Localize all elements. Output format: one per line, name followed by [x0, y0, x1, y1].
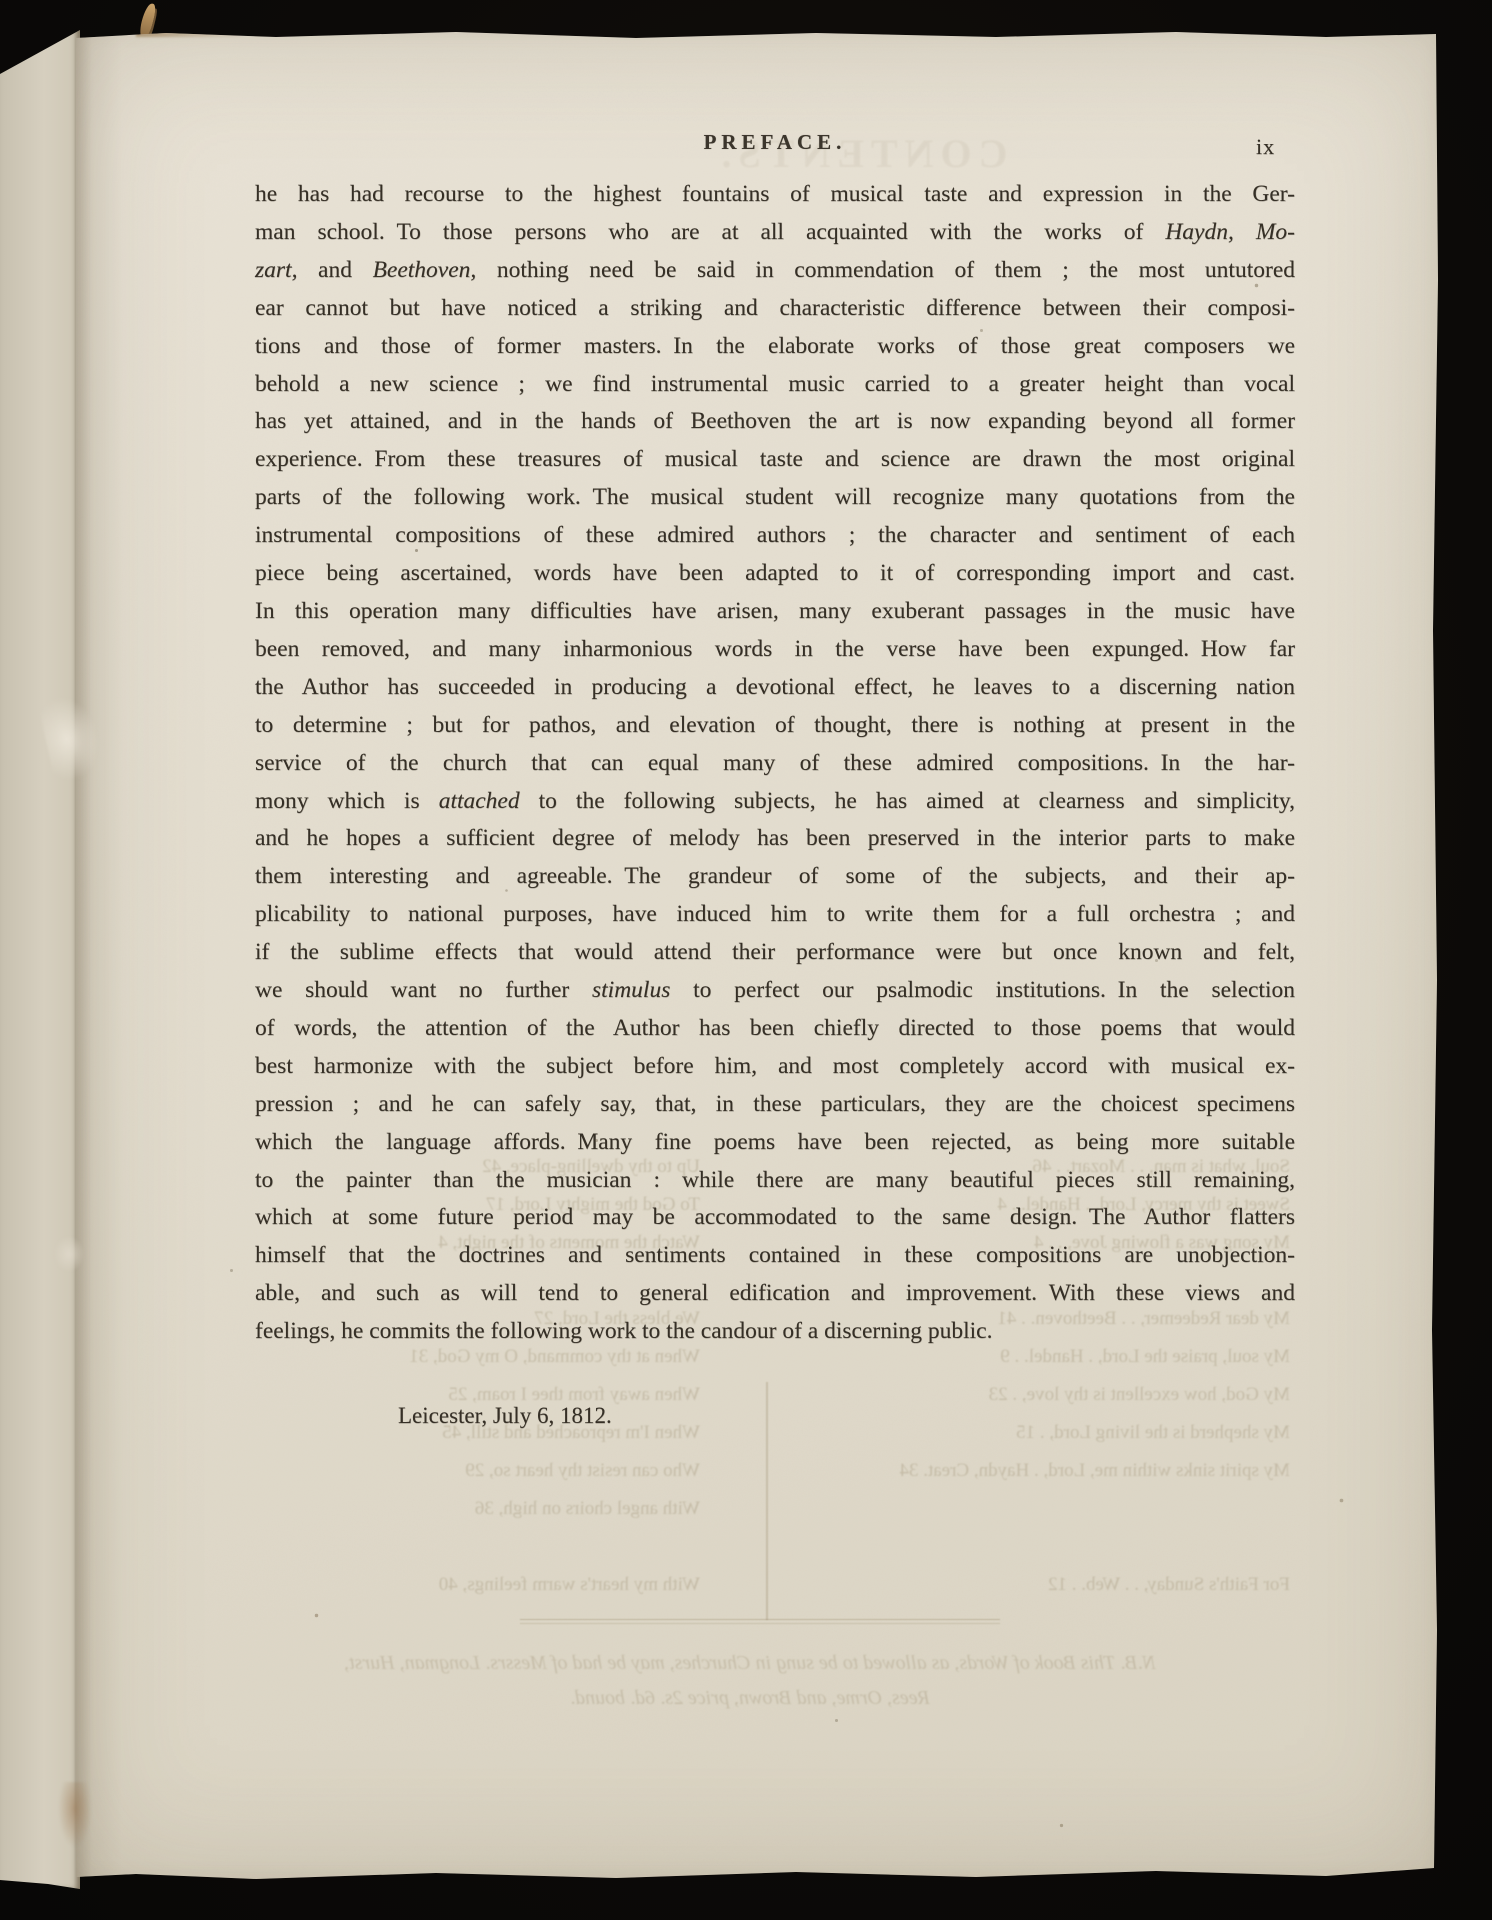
- body-segment-italic: attached: [439, 788, 520, 814]
- body-segment: instrumental compositions of these admir…: [255, 522, 1295, 548]
- body-line: the Author has succeeded in producing a …: [255, 669, 1295, 707]
- body-segment: to the following subjects, he has aimed …: [520, 788, 1295, 814]
- body-segment: feelings, he commits the following work …: [255, 1318, 992, 1344]
- body-segment: best harmonize with the subject before h…: [255, 1053, 1295, 1079]
- body-line: behold a new science ; we find instrumen…: [255, 366, 1295, 404]
- showthrough-entry-left: My shepherd is the living Lord, . 15: [700, 1414, 1290, 1452]
- left-page-edge: [0, 30, 80, 1889]
- body-segment: plicability to national purposes, have i…: [255, 901, 1295, 927]
- body-segment: mony which is: [255, 788, 439, 814]
- preface-body: he has had recourse to the highest fount…: [255, 176, 1295, 1351]
- body-segment: behold a new science ; we find instrumen…: [255, 371, 1295, 397]
- body-line: man school. To those persons who are at …: [255, 214, 1295, 252]
- showthrough-imprint-note: N.B. This Book of Words, as allowed to b…: [320, 1646, 1180, 1716]
- showthrough-entry-left: [700, 1528, 1290, 1566]
- body-line: tions and those of former masters. In th…: [255, 328, 1295, 366]
- showthrough-entry-left: For Faith's Sunday, . . Web. . 12: [700, 1566, 1290, 1604]
- page-number: ix: [1256, 134, 1275, 160]
- left-edge-nick: [54, 1236, 84, 1272]
- body-line: he has had recourse to the highest fount…: [255, 176, 1295, 214]
- showthrough-row: For Faith's Sunday, . . Web. . 12With my…: [250, 1566, 1290, 1604]
- body-line: best harmonize with the subject before h…: [255, 1048, 1295, 1086]
- showthrough-entry-right: [250, 1528, 700, 1566]
- showthrough-entry-right: With my heart's warm feelings, 40: [250, 1566, 700, 1604]
- body-line: piece being ascertained, words have been…: [255, 555, 1295, 593]
- body-segment: nothing need be said in commendation of …: [476, 257, 1295, 283]
- body-line: feelings, he commits the following work …: [255, 1313, 1295, 1351]
- body-segment: man school. To those persons who are at …: [255, 219, 1165, 245]
- body-segment: which at some future period may be accom…: [255, 1204, 1295, 1230]
- showthrough-column-rule: [766, 1382, 768, 1620]
- body-segment: piece being ascertained, words have been…: [255, 560, 1295, 586]
- body-segment: to determine ; but for pathos, and eleva…: [255, 712, 1295, 738]
- showthrough-entry-left: My spirit sinks within me, Lord, . Haydn…: [700, 1452, 1290, 1490]
- body-segment-italic: zart,: [255, 257, 297, 283]
- body-line: service of the church that can equal man…: [255, 745, 1295, 783]
- body-line: In this operation many difficulties have…: [255, 593, 1295, 631]
- body-segment: parts of the following work. The musical…: [255, 484, 1295, 510]
- body-segment: service of the church that can equal man…: [255, 750, 1295, 776]
- body-segment: the Author has succeeded in producing a …: [255, 674, 1295, 700]
- body-segment: himself that the doctrines and sentiment…: [255, 1242, 1295, 1268]
- body-line: parts of the following work. The musical…: [255, 479, 1295, 517]
- body-segment: and: [297, 257, 372, 283]
- showthrough-row: [250, 1528, 1290, 1566]
- showthrough-imprint-line: Rees, Orme, and Brown, price 2s. 6d. bou…: [320, 1681, 1180, 1716]
- showthrough-entry-right: With angel choirs on high, 36: [250, 1490, 700, 1528]
- body-segment: and he hopes a sufficient degree of melo…: [255, 825, 1295, 851]
- body-line: them interesting and agreeable. The gran…: [255, 858, 1295, 896]
- photo-background: CONTENTS. Soul, what is man, . . Mozart.…: [0, 0, 1492, 1920]
- showthrough-entry-left: [700, 1490, 1290, 1528]
- page-header-title: PREFACE.: [255, 130, 1295, 155]
- body-segment: tions and those of former masters. In th…: [255, 333, 1295, 359]
- body-segment: been removed, and many inharmonious word…: [255, 636, 1295, 662]
- body-line: which at some future period may be accom…: [255, 1199, 1295, 1237]
- body-line: been removed, and many inharmonious word…: [255, 631, 1295, 669]
- showthrough-divider-rule: [520, 1619, 1000, 1624]
- book-page: CONTENTS. Soul, what is man, . . Mozart.…: [76, 30, 1438, 1879]
- top-edge-stain: [136, 30, 246, 37]
- body-line: zart, and Beethoven, nothing need be sai…: [255, 252, 1295, 290]
- body-segment: experience. From these treasures of musi…: [255, 446, 1295, 472]
- body-segment: them interesting and agreeable. The gran…: [255, 863, 1295, 889]
- body-segment-italic: Beethoven,: [373, 257, 477, 283]
- dateline: Leicester, July 6, 1812.: [398, 1403, 612, 1429]
- body-line: we should want no further stimulus to pe…: [255, 972, 1295, 1010]
- body-segment: if the sublime effects that would attend…: [255, 939, 1295, 965]
- body-segment: to perfect our psalmodic institutions. I…: [670, 977, 1295, 1003]
- body-segment-italic: stimulus: [592, 977, 670, 1003]
- body-line: instrumental compositions of these admir…: [255, 517, 1295, 555]
- body-segment: pression ; and he can safely say, that, …: [255, 1091, 1295, 1117]
- body-line: able, and such as will tend to general e…: [255, 1275, 1295, 1313]
- body-line: plicability to national purposes, have i…: [255, 896, 1295, 934]
- body-segment: able, and such as will tend to general e…: [255, 1280, 1295, 1306]
- body-line: to the painter than the musician : while…: [255, 1162, 1295, 1200]
- showthrough-row: My spirit sinks within me, Lord, . Haydn…: [250, 1452, 1290, 1490]
- body-line: pression ; and he can safely say, that, …: [255, 1086, 1295, 1124]
- body-segment: In this operation many difficulties have…: [255, 598, 1295, 624]
- body-line: of words, the attention of the Author ha…: [255, 1010, 1295, 1048]
- body-line: to determine ; but for pathos, and eleva…: [255, 707, 1295, 745]
- paper-speckles: [76, 30, 77, 31]
- body-line: mony which is attached to the following …: [255, 783, 1295, 821]
- body-segment-italic: Haydn, Mo-: [1165, 219, 1295, 245]
- body-segment: we should want no further: [255, 977, 592, 1003]
- body-segment: he has had recourse to the highest fount…: [255, 181, 1295, 207]
- body-line: ear cannot but have noticed a striking a…: [255, 290, 1295, 328]
- body-line: if the sublime effects that would attend…: [255, 934, 1295, 972]
- showthrough-entry-left: My God, how excellent is thy love, . 23: [700, 1376, 1290, 1414]
- showthrough-imprint-line: N.B. This Book of Words, as allowed to b…: [320, 1646, 1180, 1681]
- body-segment: of words, the attention of the Author ha…: [255, 1015, 1295, 1041]
- showthrough-entry-right: Who can resist thy heart so, 29: [250, 1452, 700, 1490]
- body-line: and he hopes a sufficient degree of melo…: [255, 820, 1295, 858]
- body-line: experience. From these treasures of musi…: [255, 441, 1295, 479]
- body-line: himself that the doctrines and sentiment…: [255, 1237, 1295, 1275]
- body-segment: which the language affords. Many fine po…: [255, 1129, 1295, 1155]
- body-segment: ear cannot but have noticed a striking a…: [255, 295, 1295, 321]
- body-segment: has yet attained, and in the hands of Be…: [255, 408, 1295, 434]
- body-segment: to the painter than the musician : while…: [255, 1167, 1295, 1193]
- body-line: has yet attained, and in the hands of Be…: [255, 403, 1295, 441]
- gutter-tear-mark: [58, 1782, 92, 1848]
- showthrough-row: With angel choirs on high, 36: [250, 1490, 1290, 1528]
- body-line: which the language affords. Many fine po…: [255, 1124, 1295, 1162]
